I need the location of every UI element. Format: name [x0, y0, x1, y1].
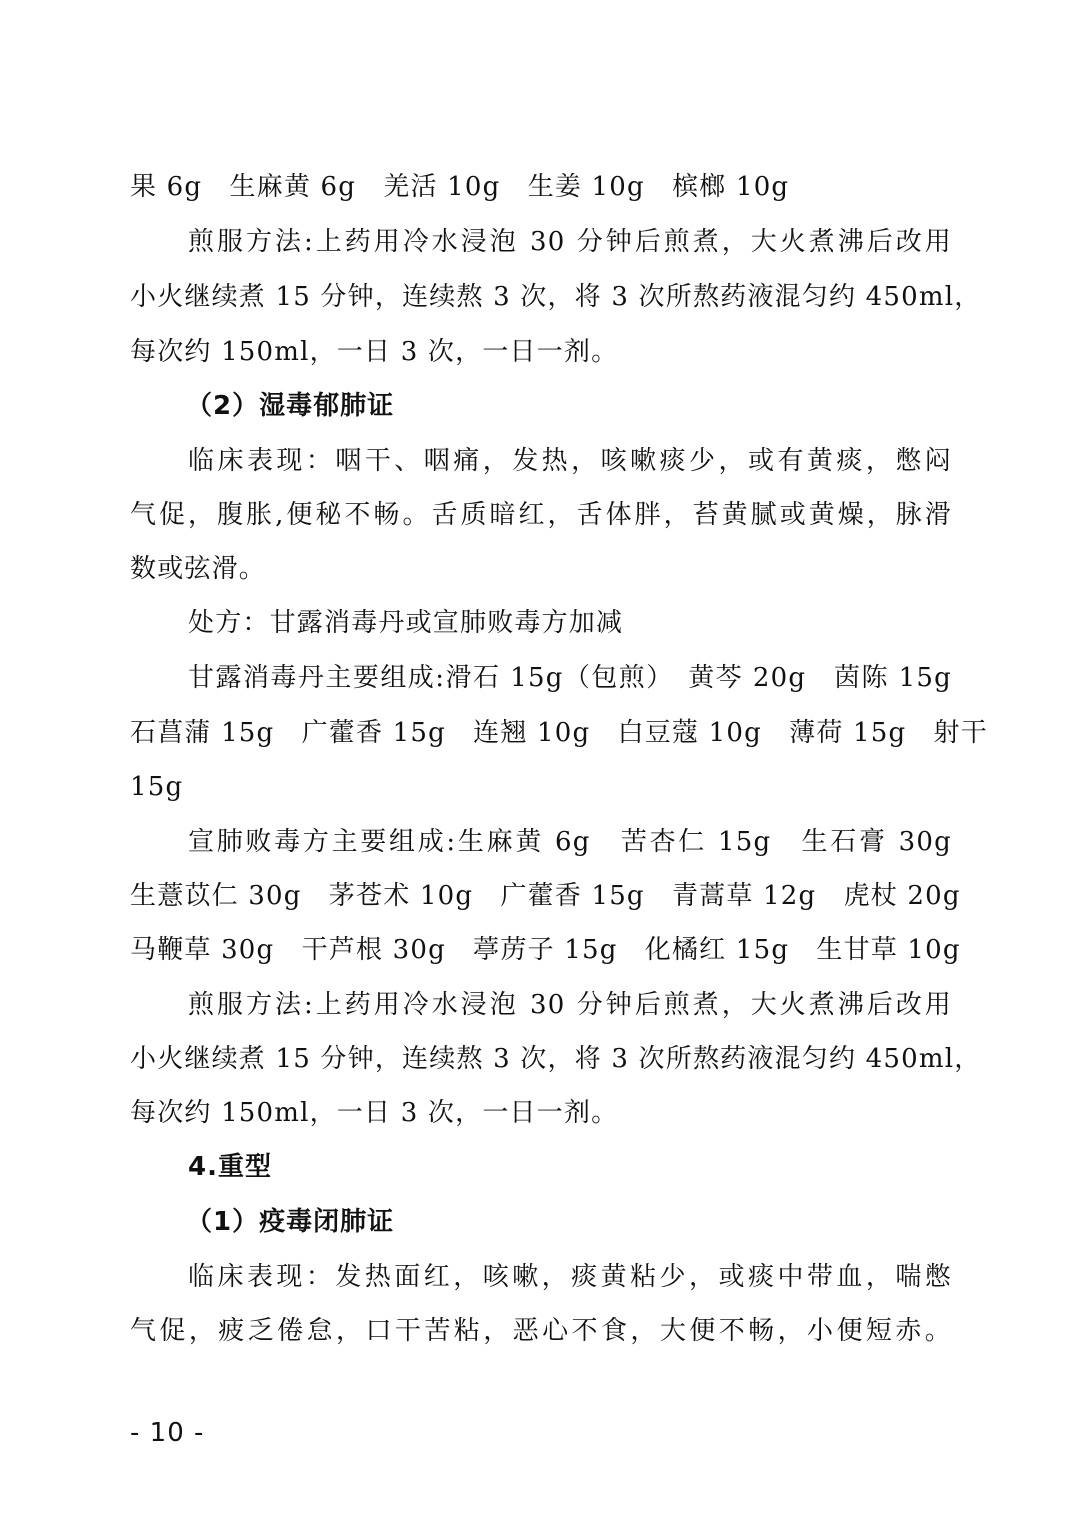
section-heading-damp-toxin-lung: （2）湿毒郁肺证 [186, 391, 1008, 421]
document-page: 果 6g 生麻黄 6g 羌活 10g 生姜 10g 槟榔 10g 煎服方法:上药… [0, 0, 1080, 1528]
text-line-prescription: 处方：甘露消毒丹或宣肺败毒方加减 [188, 608, 952, 638]
text-line-clinical-manifestation: 临床表现：发热面红，咳嗽，痰黄粘少，或痰中带血，喘憋 [188, 1262, 952, 1292]
text-line-decoction-method: 煎服方法:上药用冷水浸泡 30 分钟后煎煮，大火煮沸后改用 [188, 990, 952, 1020]
page-number: - 10 - [130, 1418, 204, 1448]
text-line: 小火继续煮 15 分钟，连续熬 3 次，将 3 次所熬药液混匀约 450ml， [130, 1044, 952, 1074]
text-line-ganlu-composition: 甘露消毒丹主要组成:滑石 15g（包煎） 黄芩 20g 茵陈 15g [188, 663, 952, 693]
text-line: 气促，腹胀,便秘不畅。舌质暗红，舌体胖，苔黄腻或黄燥，脉滑 [130, 500, 952, 530]
text-line: 小火继续煮 15 分钟，连续熬 3 次，将 3 次所熬药液混匀约 450ml， [130, 282, 952, 312]
text-line: 马鞭草 30g 干芦根 30g 葶苈子 15g 化橘红 15g 生甘草 10g [130, 935, 952, 965]
text-line: 气促，疲乏倦怠，口干苦粘，恶心不食，大便不畅，小便短赤。 [130, 1316, 952, 1346]
text-line-herb-list-continuation: 果 6g 生麻黄 6g 羌活 10g 生姜 10g 槟榔 10g [130, 172, 952, 202]
text-line: 数或弦滑。 [130, 554, 952, 584]
text-line-clinical-manifestation: 临床表现：咽干、咽痛，发热，咳嗽痰少，或有黄痰，憋闷 [188, 446, 952, 476]
text-line-xuanfei-composition: 宣肺败毒方主要组成:生麻黄 6g 苦杏仁 15g 生石膏 30g [188, 827, 952, 857]
text-line: 生薏苡仁 30g 茅苍术 10g 广藿香 15g 青蒿草 12g 虎杖 20g [130, 881, 952, 911]
text-line-decoction-method: 煎服方法:上药用冷水浸泡 30 分钟后煎煮，大火煮沸后改用 [188, 227, 952, 257]
section-heading-severe-type: 4.重型 [188, 1152, 1010, 1182]
text-line: 每次约 150ml，一日 3 次，一日一剂。 [130, 337, 952, 367]
section-heading-epidemic-toxin-lung: （1）疫毒闭肺证 [186, 1207, 1008, 1237]
text-line: 石菖蒲 15g 广藿香 15g 连翘 10g 白豆蔻 10g 薄荷 15g 射干 [130, 718, 952, 748]
text-line: 每次约 150ml，一日 3 次，一日一剂。 [130, 1098, 952, 1128]
text-line: 15g [130, 772, 952, 802]
